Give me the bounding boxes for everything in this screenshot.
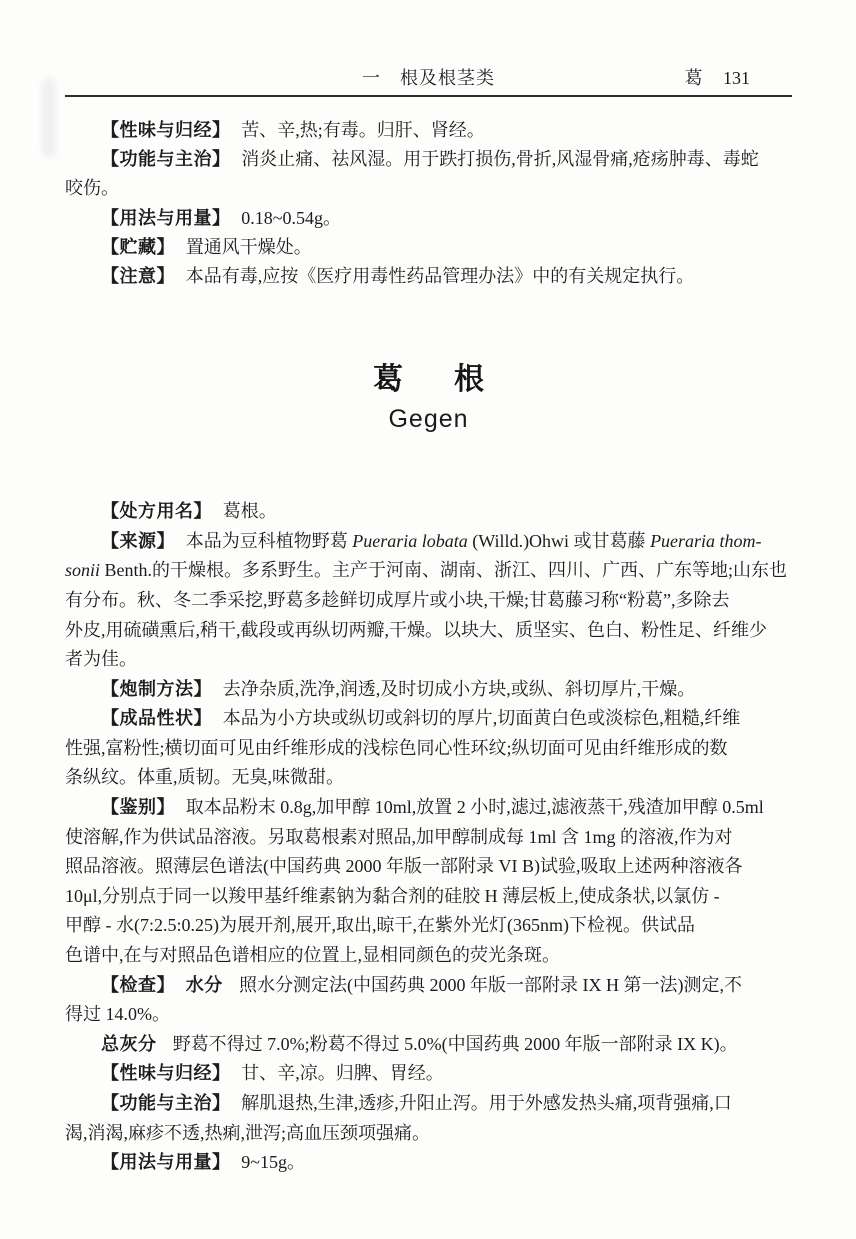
page-info: 葛 131 xyxy=(685,66,751,90)
text-segment: 解肌退热,生津,透疹,升阳止泻。用于外感发热头痛,项背强痛,口 xyxy=(241,1093,732,1113)
sub-label: 总灰分 xyxy=(101,1034,157,1054)
section-label: 【用法与用量】 xyxy=(101,1152,231,1172)
text-line: 【检查】水分照水分测定法(中国药典 2000 年版一部附录 IX H 第一法)测… xyxy=(65,971,792,1001)
text-segment: 渴,消渴,麻疹不透,热痢,泄泻;高血压颈项强痛。 xyxy=(65,1123,430,1143)
text-segment: 去净杂质,洗净,润透,及时切成小方块,或纵、斜切厚片,干燥。 xyxy=(223,679,696,699)
text-line: 【用法与用量】0.18~0.54g。 xyxy=(65,204,792,233)
text-segment: 得过 14.0%。 xyxy=(65,1004,170,1024)
latin-name: sonii xyxy=(65,560,100,580)
text-line: 性强,富粉性;横切面可见由纤维形成的浅棕色同心性环纹;纵切面可见由纤维形成的数 xyxy=(65,734,792,764)
text-segment: (Willd.)Ohwi 或甘葛藤 xyxy=(468,531,650,551)
text-segment: 照品溶液。照薄层色谱法(中国药典 2000 年版一部附录 VI B)试验,吸取上… xyxy=(65,856,742,876)
text-segment: 葛根。 xyxy=(223,501,277,521)
text-line: 【处方用名】葛根。 xyxy=(65,497,792,527)
entry-char: 葛 xyxy=(685,68,703,88)
header-rule xyxy=(65,95,792,97)
text-line: 外皮,用硫磺熏后,稍干,截段或再纵切两瓣,干燥。以块大、质坚实、色白、粉性足、纤… xyxy=(65,616,792,646)
text-line: sonii Benth.的干燥根。多系野生。主产于河南、湖南、浙江、四川、广西、… xyxy=(65,556,792,586)
text-segment: 条纵纹。体重,质韧。无臭,味微甜。 xyxy=(65,767,344,787)
section-label: 【用法与用量】 xyxy=(101,208,231,228)
text-line: 使溶解,作为供试品溶液。另取葛根素对照品,加甲醇制成每 1ml 含 1mg 的溶… xyxy=(65,823,792,853)
text-segment: 本品为小方块或纵切或斜切的厚片,切面黄白色或淡棕色,粗糙,纤维 xyxy=(223,708,741,728)
text-line: 渴,消渴,麻疹不透,热痢,泄泻;高血压颈项强痛。 xyxy=(65,1119,792,1149)
entry-title-block: 葛 根 Gegen xyxy=(65,363,792,432)
text-segment: 苦、辛,热;有毒。归肝、肾经。 xyxy=(241,120,485,140)
text-segment: Benth.的干燥根。多系野生。主产于河南、湖南、浙江、四川、广西、广东等地;山… xyxy=(100,560,787,580)
text-line: 得过 14.0%。 xyxy=(65,1000,792,1030)
text-segment: 野葛不得过 7.0%;粉葛不得过 5.0%(中国药典 2000 年版一部附录 I… xyxy=(173,1034,738,1054)
sub-label: 水分 xyxy=(186,975,223,995)
text-line: 条纵纹。体重,质韧。无臭,味微甜。 xyxy=(65,763,792,793)
text-line: 【贮藏】置通风干燥处。 xyxy=(65,233,792,262)
text-segment: 10μl,分别点于同一以羧甲基纤维素钠为黏合剂的硅胶 H 薄层板上,使成条状,以… xyxy=(65,886,720,906)
text-segment: 取本品粉末 0.8g,加甲醇 10ml,放置 2 小时,滤过,滤液蒸干,残渣加甲… xyxy=(186,797,764,817)
text-segment: 9~15g。 xyxy=(241,1152,305,1172)
text-line: 【来源】本品为豆科植物野葛 Pueraria lobata (Willd.)Oh… xyxy=(65,527,792,557)
section-label: 【贮藏】 xyxy=(101,237,175,257)
text-segment: 外皮,用硫磺熏后,稍干,截段或再纵切两瓣,干燥。以块大、质坚实、色白、粉性足、纤… xyxy=(65,620,767,640)
text-line: 甲醇 - 水(7:2.5:0.25)为展开剂,展开,取出,晾干,在紫外光灯(36… xyxy=(65,911,792,941)
text-segment: 本品为豆科植物野葛 xyxy=(186,531,353,551)
text-line: 【性味与归经】苦、辛,热;有毒。归肝、肾经。 xyxy=(65,116,792,145)
text-line: 总灰分野葛不得过 7.0%;粉葛不得过 5.0%(中国药典 2000 年版一部附… xyxy=(65,1030,792,1060)
text-line: 【功能与主治】消炎止痛、祛风湿。用于跌打损伤,骨折,风湿骨痛,疮疡肿毒、毒蛇 xyxy=(65,145,792,174)
text-segment: 有分布。秋、冬二季采挖,野葛多趁鲜切成厚片或小块,干燥;甘葛藤习称“粉葛”,多除… xyxy=(65,590,729,610)
text-segment: 使溶解,作为供试品溶液。另取葛根素对照品,加甲醇制成每 1ml 含 1mg 的溶… xyxy=(65,827,733,847)
text-line: 【成品性状】本品为小方块或纵切或斜切的厚片,切面黄白色或淡棕色,粗糙,纤维 xyxy=(65,704,792,734)
text-line: 【注意】本品有毒,应按《医疗用毒性药品管理办法》中的有关规定执行。 xyxy=(65,262,792,291)
text-segment: 消炎止痛、祛风湿。用于跌打损伤,骨折,风湿骨痛,疮疡肿毒、毒蛇 xyxy=(241,149,759,169)
text-line: 有分布。秋、冬二季采挖,野葛多趁鲜切成厚片或小块,干燥;甘葛藤习称“粉葛”,多除… xyxy=(65,586,792,616)
text-line: 10μl,分别点于同一以羧甲基纤维素钠为黏合剂的硅胶 H 薄层板上,使成条状,以… xyxy=(65,882,792,912)
text-segment: 色谱中,在与对照品色谱相应的位置上,显相同颜色的荧光条斑。 xyxy=(65,945,560,965)
section-label: 【性味与归经】 xyxy=(101,1063,231,1083)
text-segment: 照水分测定法(中国药典 2000 年版一部附录 IX H 第一法)测定,不 xyxy=(239,975,742,995)
text-segment: 者为佳。 xyxy=(65,649,137,669)
chapter-title: 一 根及根茎类 xyxy=(65,66,792,90)
scan-smudge xyxy=(42,78,56,158)
text-segment: 甲醇 - 水(7:2.5:0.25)为展开剂,展开,取出,晾干,在紫外光灯(36… xyxy=(65,915,695,935)
text-line: 者为佳。 xyxy=(65,645,792,675)
text-line: 【功能与主治】解肌退热,生津,透疹,升阳止泻。用于外感发热头痛,项背强痛,口 xyxy=(65,1089,792,1119)
text-line: 【性味与归经】甘、辛,凉。归脾、胃经。 xyxy=(65,1059,792,1089)
book-page: 一 根及根茎类 葛 131 【性味与归经】苦、辛,热;有毒。归肝、肾经。【功能与… xyxy=(0,0,856,1239)
entry-title: 葛 根 xyxy=(65,363,792,397)
section-label: 【性味与归经】 xyxy=(101,120,231,140)
latin-name: Pueraria lobata xyxy=(352,531,468,551)
text-segment: 本品有毒,应按《医疗用毒性药品管理办法》中的有关规定执行。 xyxy=(186,266,695,286)
text-line: 【用法与用量】9~15g。 xyxy=(65,1148,792,1178)
section-label: 【功能与主治】 xyxy=(101,149,231,169)
entry-text: 【处方用名】葛根。【来源】本品为豆科植物野葛 Pueraria lobata (… xyxy=(65,497,792,1178)
text-line: 照品溶液。照薄层色谱法(中国药典 2000 年版一部附录 VI B)试验,吸取上… xyxy=(65,852,792,882)
text-line: 【炮制方法】去净杂质,洗净,润透,及时切成小方块,或纵、斜切厚片,干燥。 xyxy=(65,675,792,705)
text-segment: 甘、辛,凉。归脾、胃经。 xyxy=(241,1063,444,1083)
text-segment: 置通风干燥处。 xyxy=(186,237,312,257)
running-header: 一 根及根茎类 葛 131 xyxy=(65,66,792,90)
section-label: 【鉴别】 xyxy=(101,797,175,817)
text-line: 【鉴别】取本品粉末 0.8g,加甲醇 10ml,放置 2 小时,滤过,滤液蒸干,… xyxy=(65,793,792,823)
text-segment: 性强,富粉性;横切面可见由纤维形成的浅棕色同心性环纹;纵切面可见由纤维形成的数 xyxy=(65,738,728,758)
entry-pinyin: Gegen xyxy=(65,406,792,432)
text-segment: 咬伤。 xyxy=(65,178,119,198)
latin-name: Pueraria thom- xyxy=(650,531,762,551)
text-line: 色谱中,在与对照品色谱相应的位置上,显相同颜色的荧光条斑。 xyxy=(65,941,792,971)
page-number: 131 xyxy=(723,68,750,88)
section-label: 【检查】 xyxy=(101,975,175,995)
previous-entry-text: 【性味与归经】苦、辛,热;有毒。归肝、肾经。【功能与主治】消炎止痛、祛风湿。用于… xyxy=(65,116,792,291)
section-label: 【炮制方法】 xyxy=(101,679,212,699)
section-label: 【功能与主治】 xyxy=(101,1093,231,1113)
section-label: 【成品性状】 xyxy=(101,708,212,728)
text-line: 咬伤。 xyxy=(65,174,792,203)
section-label: 【注意】 xyxy=(101,266,175,286)
section-label: 【来源】 xyxy=(101,531,175,551)
text-segment: 0.18~0.54g。 xyxy=(241,208,341,228)
section-label: 【处方用名】 xyxy=(101,501,212,521)
